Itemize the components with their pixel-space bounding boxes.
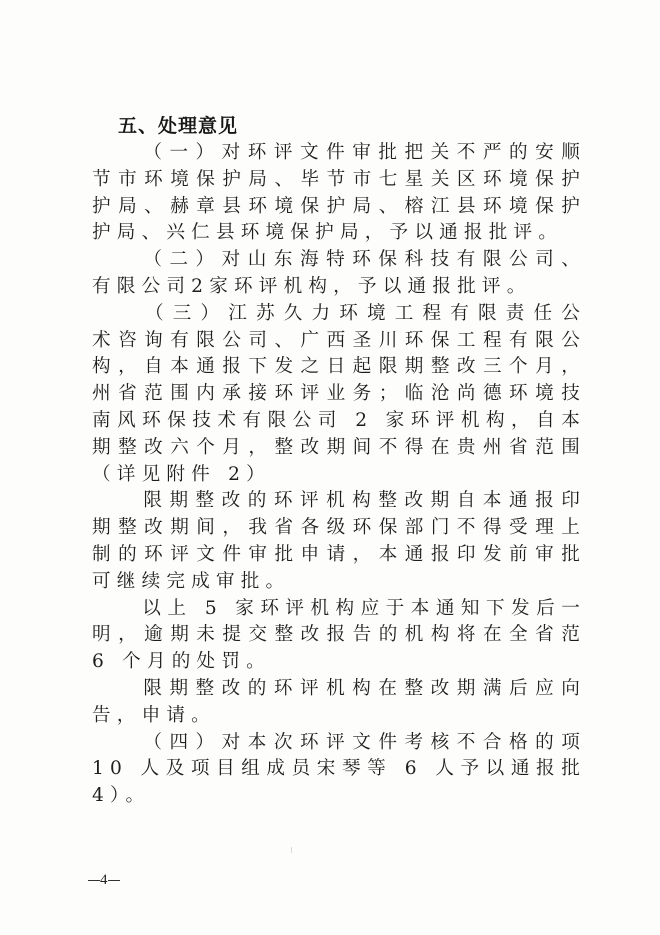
text-line: 构，自本通报下发之日起限期整改三个月，整改期间不得在贵 <box>92 354 586 381</box>
paragraph-item-4: （四）对本次环评文件考核不合格的项目负责人颜欣欣等 10 人及项目组成员宋琴等 … <box>92 730 586 810</box>
text-line: 节市环境保护局、毕节市七星关区环境保护局、黔西县环境保 <box>92 167 586 194</box>
paragraph-submission-deadline: 以上 5 家环评机构应于本通知下发后一个月内提交整改说 明，逾期未提交整改报告的… <box>92 596 586 676</box>
paragraph-item-2: （二）对山东海特环保科技有限公司、贵州绿宏环保科技 有限公司2家环评机构，予以通… <box>92 247 586 301</box>
text-line: 术咨询有限公司、广西圣川环保工程有限公司等 3 家环评机 <box>92 328 586 355</box>
text-line: 期整改期间，我省各级环保部门不得受理上述 5 家环评机构编 <box>92 515 586 542</box>
text-line: 护局、兴仁县环境保护局，予以通报批评。 <box>92 220 586 247</box>
text-line: 可继续完成审批。 <box>92 569 586 596</box>
text-line: （一）对环评文件审批把关不严的安顺市环境保护局、毕 <box>92 140 586 167</box>
text-line: 10 人及项目组成员宋琴等 6 人予以通报批评（详见附件 3、 <box>92 756 586 783</box>
dash-left <box>88 880 100 881</box>
paragraph-item-1: （一）对环评文件审批把关不严的安顺市环境保护局、毕 节市环境保护局、毕节市七星关… <box>92 140 586 247</box>
text-line: 限期整改的环评机构整改期自本通报印发之日起计算。限 <box>92 488 586 515</box>
page-number-value: 4 <box>100 872 108 888</box>
paragraph-post-rectification: 限期整改的环评机构在整改期满后应向我厅提交整改报 告，申请。 <box>92 676 586 730</box>
document-page: 五、处理意见 （一）对环评文件审批把关不严的安顺市环境保护局、毕 节市环境保护局… <box>92 113 586 810</box>
page-number: 4 <box>88 872 120 889</box>
text-line: （详见附件 2） <box>92 462 586 489</box>
text-line: 有限公司2家环评机构，予以通报批评。 <box>92 274 586 301</box>
text-line: 6 个月的处罚。 <box>92 649 586 676</box>
text-line: 护局、赫章县环境保护局、榕江县环境保护局、安龙县环境保 <box>92 194 586 221</box>
section-title: 五、处理意见 <box>118 113 586 140</box>
text-line: 制的环评文件审批申请，本通报印发前审批部门已受理公示的 <box>92 542 586 569</box>
text-line: 南风环保技术有限公司 2 家环评机构，自本通报下发之日起限 <box>92 408 586 435</box>
text-line: 明，逾期未提交整改报告的机构将在全省范围内延长限期整改 <box>92 622 586 649</box>
text-line: （四）对本次环评文件考核不合格的项目负责人颜欣欣等 <box>92 730 586 757</box>
text-line: 告，申请。 <box>92 703 586 730</box>
text-line: 4）。 <box>92 783 586 810</box>
text-line: 以上 5 家环评机构应于本通知下发后一个月内提交整改说 <box>92 596 586 623</box>
paragraph-item-3: （三）江苏久力环境工程有限责任公司、济南浩宏伟业技 术咨询有限公司、广西圣川环保… <box>92 301 586 489</box>
text-line: 期整改六个月，整改期间不得在贵州省范围内承接环评业务。 <box>92 435 586 462</box>
text-line: （三）江苏久力环境工程有限责任公司、济南浩宏伟业技 <box>92 301 586 328</box>
text-line: （二）对山东海特环保科技有限公司、贵州绿宏环保科技 <box>92 247 586 274</box>
scan-artifact <box>291 847 292 853</box>
text-line: 限期整改的环评机构在整改期满后应向我厅提交整改报 <box>92 676 586 703</box>
dash-right <box>108 880 120 881</box>
paragraph-rectification-period: 限期整改的环评机构整改期自本通报印发之日起计算。限 期整改期间，我省各级环保部门… <box>92 488 586 595</box>
text-line: 州省范围内承接环评业务；临沧尚德环境技术有限公司、江西 <box>92 381 586 408</box>
